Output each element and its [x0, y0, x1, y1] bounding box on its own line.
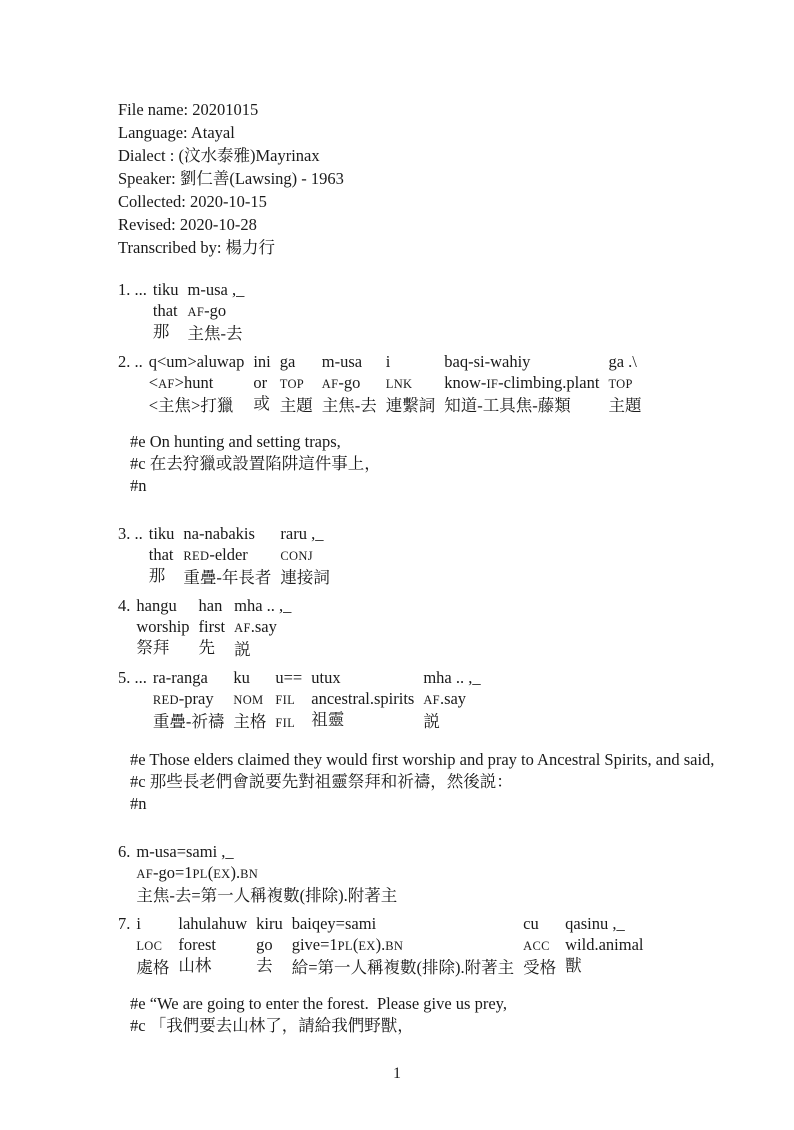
metadata-line: Collected: 2020-10-15: [118, 190, 748, 213]
gloss-english: RED-elder: [183, 544, 271, 567]
gloss-chinese: 祖靈: [311, 709, 414, 730]
gloss-abbreviation: LNK: [386, 377, 413, 391]
translation-line: #n: [130, 793, 748, 815]
gloss-chinese: 處格: [136, 957, 169, 978]
igt-column: raru ,_CONJ連接詞: [280, 523, 330, 588]
igt-column: ga .\TOP主題: [608, 351, 641, 416]
gloss-english: know-IF-climbing.plant: [444, 372, 599, 395]
interlinear-gloss: q<um>aluwap<AF>hunt<主焦>打獵inior或gaTOP主題m-…: [149, 351, 651, 416]
translation-line: #n: [130, 475, 748, 497]
atayal-word: ga .\: [608, 351, 641, 372]
gloss-english: AF.say: [423, 688, 480, 711]
gloss-abbreviation: RED: [153, 693, 179, 707]
gloss-abbreviation: ACC: [523, 939, 550, 953]
example: 5. ...ra-rangaRED-pray重疊-祈禱kuNOM主格u==FIL…: [118, 667, 748, 734]
example-number: 4.: [118, 595, 130, 616]
igt-column: q<um>aluwap<AF>hunt<主焦>打獵: [149, 351, 245, 416]
gloss-english: go: [256, 934, 283, 955]
igt-column: iLOC處格: [136, 913, 169, 978]
gloss-english: FIL: [275, 688, 302, 711]
translation-line: #c 「我們要去山林了，請給我們野獸，: [130, 1015, 748, 1037]
page-number: 1: [393, 1065, 401, 1082]
gloss-english: NOM: [233, 688, 266, 711]
atayal-word: i: [136, 913, 169, 934]
interlinear-gloss: ra-rangaRED-pray重疊-祈禱kuNOM主格u==FILFILutu…: [153, 667, 490, 734]
interlinear-gloss: tikuthat那m-usa ,_AF-go主焦-去: [153, 279, 254, 344]
gloss-chinese: 或: [253, 393, 270, 414]
gloss-english: that: [149, 544, 175, 565]
metadata-line: Dialect : (汶水泰雅)Mayrinax: [118, 144, 748, 167]
gloss-english: AF-go: [188, 300, 245, 323]
igt-column: tikuthat那: [153, 279, 179, 344]
gloss-abbreviation: AF: [322, 377, 339, 391]
document-body: 1. ...tikuthat那m-usa ,_AF-go主焦-去2. ..q<u…: [118, 279, 748, 1063]
gloss-chinese: 給=第一人稱複數(排除).附著主: [292, 957, 514, 978]
igt-column: hanguworship祭拜: [136, 595, 189, 660]
gloss-english: AF-go=1PL(EX).BN: [136, 862, 397, 885]
atayal-word: mha .. ,_: [234, 595, 291, 616]
gloss-abbreviation: BN: [385, 939, 403, 953]
metadata-line: File name: 20201015: [118, 98, 748, 121]
gloss-abbreviation: EX: [358, 939, 375, 953]
atayal-word: cu: [523, 913, 556, 934]
atayal-word: raru ,_: [280, 523, 330, 544]
gloss-english: give=1PL(EX).BN: [292, 934, 514, 957]
example: 2. ..q<um>aluwap<AF>hunt<主焦>打獵inior或gaTO…: [118, 351, 748, 416]
example-number: 3. ..: [118, 523, 143, 544]
gloss-english: RED-pray: [153, 688, 225, 711]
example: 4.hanguworship祭拜hanfirst先mha .. ,_AF.say…: [118, 595, 748, 660]
igt-column: kuNOM主格: [233, 667, 266, 734]
igt-column: iLNK連繫詞: [386, 351, 436, 416]
example-number: 1. ...: [118, 279, 147, 300]
gloss-chinese: 主焦-去: [188, 323, 245, 344]
gloss-abbreviation: EX: [213, 867, 230, 881]
igt-column: na-nabakisRED-elder重疊-年長者: [183, 523, 271, 588]
atayal-word: qasinu ,_: [565, 913, 643, 934]
igt-column: baq-si-wahiyknow-IF-climbing.plant知道-工具焦…: [444, 351, 599, 416]
gloss-abbreviation: FIL: [275, 693, 295, 707]
igt-column: inior或: [253, 351, 270, 416]
page-footer: 1: [0, 1063, 794, 1085]
igt-column: qasinu ,_wild.animal獸: [565, 913, 643, 978]
igt-column: baiqey=samigive=1PL(EX).BN給=第一人稱複數(排除).附…: [292, 913, 514, 978]
example: 6.m-usa=sami ,_AF-go=1PL(EX).BN主焦-去=第一人稱…: [118, 841, 748, 906]
atayal-word: m-usa: [322, 351, 377, 372]
gloss-chinese: 那: [149, 565, 175, 586]
gloss-chinese: 先: [199, 637, 226, 658]
translation-block: #e “We are going to enter the forest. Pl…: [130, 993, 748, 1037]
document-page: File name: 20201015Language: AtayalDiale…: [0, 0, 794, 1130]
interlinear-gloss: iLOC處格lahulahuwforest山林kirugo去baiqey=sam…: [136, 913, 652, 978]
atayal-word: m-usa=sami ,_: [136, 841, 397, 862]
gloss-abbreviation: AF: [158, 377, 175, 391]
atayal-word: tiku: [153, 279, 179, 300]
igt-column: hanfirst先: [199, 595, 226, 660]
gloss-chinese: 重疊-祈禱: [153, 711, 225, 732]
gloss-english: TOP: [280, 372, 313, 395]
gloss-abbreviation: RED: [183, 549, 209, 563]
gloss-abbreviation: TOP: [280, 377, 304, 391]
example: 7.iLOC處格lahulahuwforest山林kirugo去baiqey=s…: [118, 913, 748, 978]
atayal-word: ini: [253, 351, 270, 372]
gloss-english: LNK: [386, 372, 436, 395]
example: 1. ...tikuthat那m-usa ,_AF-go主焦-去: [118, 279, 748, 344]
gloss-abbreviation: BN: [240, 867, 258, 881]
gloss-english: ACC: [523, 934, 556, 957]
gloss-english: AF.say: [234, 616, 291, 639]
gloss-english: that: [153, 300, 179, 321]
gloss-abbreviation: AF: [234, 621, 251, 635]
atayal-word: hangu: [136, 595, 189, 616]
igt-column: m-usa ,_AF-go主焦-去: [188, 279, 245, 344]
igt-column: m-usa=sami ,_AF-go=1PL(EX).BN主焦-去=第一人稱複數…: [136, 841, 397, 906]
gloss-chinese: 主題: [608, 395, 641, 416]
gloss-abbreviation: IF: [486, 377, 498, 391]
gloss-chinese: 説: [234, 639, 291, 660]
metadata-line: Transcribed by: 楊力行: [118, 236, 748, 259]
gloss-english: forest: [178, 934, 247, 955]
gloss-chinese: 主焦-去: [322, 395, 377, 416]
atayal-word: tiku: [149, 523, 175, 544]
gloss-abbreviation: PL: [193, 867, 208, 881]
atayal-word: na-nabakis: [183, 523, 271, 544]
example-number: 5. ...: [118, 667, 147, 688]
gloss-english: LOC: [136, 934, 169, 957]
metadata-line: Revised: 2020-10-28: [118, 213, 748, 236]
gloss-english: first: [199, 616, 226, 637]
gloss-english: worship: [136, 616, 189, 637]
igt-column: mha .. ,_AF.say説: [423, 667, 480, 734]
translation-line: #e Those elders claimed they would first…: [130, 749, 748, 771]
atayal-word: ku: [233, 667, 266, 688]
gloss-english: CONJ: [280, 544, 330, 567]
atayal-word: q<um>aluwap: [149, 351, 245, 372]
gloss-chinese: 祭拜: [136, 637, 189, 658]
metadata-line: Speaker: 劉仁善(Lawsing) - 1963: [118, 167, 748, 190]
gloss-english: AF-go: [322, 372, 377, 395]
atayal-word: m-usa ,_: [188, 279, 245, 300]
gloss-abbreviation: AF: [188, 305, 205, 319]
gloss-abbreviation: PL: [338, 939, 353, 953]
gloss-english: or: [253, 372, 270, 393]
gloss-chinese: 那: [153, 321, 179, 342]
gloss-chinese: 説: [423, 711, 480, 732]
gloss-english: <AF>hunt: [149, 372, 245, 395]
atayal-word: kiru: [256, 913, 283, 934]
translation-line: #e “We are going to enter the forest. Pl…: [130, 993, 748, 1015]
interlinear-gloss: hanguworship祭拜hanfirst先mha .. ,_AF.say説: [136, 595, 300, 660]
gloss-chinese: 主題: [280, 395, 313, 416]
interlinear-gloss: m-usa=sami ,_AF-go=1PL(EX).BN主焦-去=第一人稱複數…: [136, 841, 406, 906]
translation-line: #c 那些長老們會説要先對祖靈祭拜和祈禱，然後説：: [130, 771, 748, 793]
atayal-word: u==: [275, 667, 302, 688]
example-number: 6.: [118, 841, 130, 862]
example: 3. ..tikuthat那na-nabakisRED-elder重疊-年長者r…: [118, 523, 748, 588]
metadata-header: File name: 20201015Language: AtayalDiale…: [118, 98, 748, 259]
atayal-word: ra-ranga: [153, 667, 225, 688]
interlinear-gloss: tikuthat那na-nabakisRED-elder重疊-年長者raru ,…: [149, 523, 339, 588]
gloss-abbreviation: TOP: [608, 377, 632, 391]
gloss-abbreviation: AF: [136, 867, 153, 881]
igt-column: m-usaAF-go主焦-去: [322, 351, 377, 416]
igt-column: mha .. ,_AF.say説: [234, 595, 291, 660]
gloss-english: TOP: [608, 372, 641, 395]
atayal-word: lahulahuw: [178, 913, 247, 934]
igt-column: lahulahuwforest山林: [178, 913, 247, 978]
translation-block: #e On hunting and setting traps,#c 在去狩獵或…: [130, 431, 748, 497]
atayal-word: baq-si-wahiy: [444, 351, 599, 372]
gloss-chinese: 獸: [565, 955, 643, 976]
igt-column: ra-rangaRED-pray重疊-祈禱: [153, 667, 225, 734]
translation-line: #e On hunting and setting traps,: [130, 431, 748, 453]
gloss-chinese: 去: [256, 955, 283, 976]
atayal-word: han: [199, 595, 226, 616]
gloss-abbreviation: AF: [423, 693, 440, 707]
gloss-chinese: 受格: [523, 957, 556, 978]
metadata-line: Language: Atayal: [118, 121, 748, 144]
igt-column: gaTOP主題: [280, 351, 313, 416]
gloss-chinese: 主格: [233, 711, 266, 732]
example-number: 2. ..: [118, 351, 143, 372]
igt-column: utuxancestral.spirits祖靈: [311, 667, 414, 734]
gloss-abbreviation: LOC: [136, 939, 162, 953]
gloss-english: ancestral.spirits: [311, 688, 414, 709]
gloss-chinese: <主焦>打獵: [149, 395, 245, 416]
gloss-chinese: 主焦-去=第一人稱複數(排除).附著主: [136, 885, 397, 906]
igt-column: u==FILFIL: [275, 667, 302, 734]
example-number: 7.: [118, 913, 130, 934]
translation-line: #c 在去狩獵或設置陷阱這件事上，: [130, 453, 748, 475]
gloss-chinese: 知道-工具焦-藤類: [444, 395, 599, 416]
atayal-word: utux: [311, 667, 414, 688]
gloss-chinese: 連接詞: [280, 567, 330, 588]
igt-column: tikuthat那: [149, 523, 175, 588]
gloss-abbreviation: NOM: [233, 693, 263, 707]
gloss-chinese: 重疊-年長者: [183, 567, 271, 588]
gloss-chinese: FIL: [275, 711, 302, 734]
atayal-word: baiqey=sami: [292, 913, 514, 934]
igt-column: cuACC受格: [523, 913, 556, 978]
gloss-chinese: 山林: [178, 955, 247, 976]
atayal-word: mha .. ,_: [423, 667, 480, 688]
atayal-word: ga: [280, 351, 313, 372]
gloss-english: wild.animal: [565, 934, 643, 955]
igt-column: kirugo去: [256, 913, 283, 978]
gloss-abbreviation: CONJ: [280, 549, 312, 563]
translation-block: #e Those elders claimed they would first…: [130, 749, 748, 815]
gloss-abbreviation: FIL: [275, 716, 295, 730]
atayal-word: i: [386, 351, 436, 372]
gloss-chinese: 連繫詞: [386, 395, 436, 416]
